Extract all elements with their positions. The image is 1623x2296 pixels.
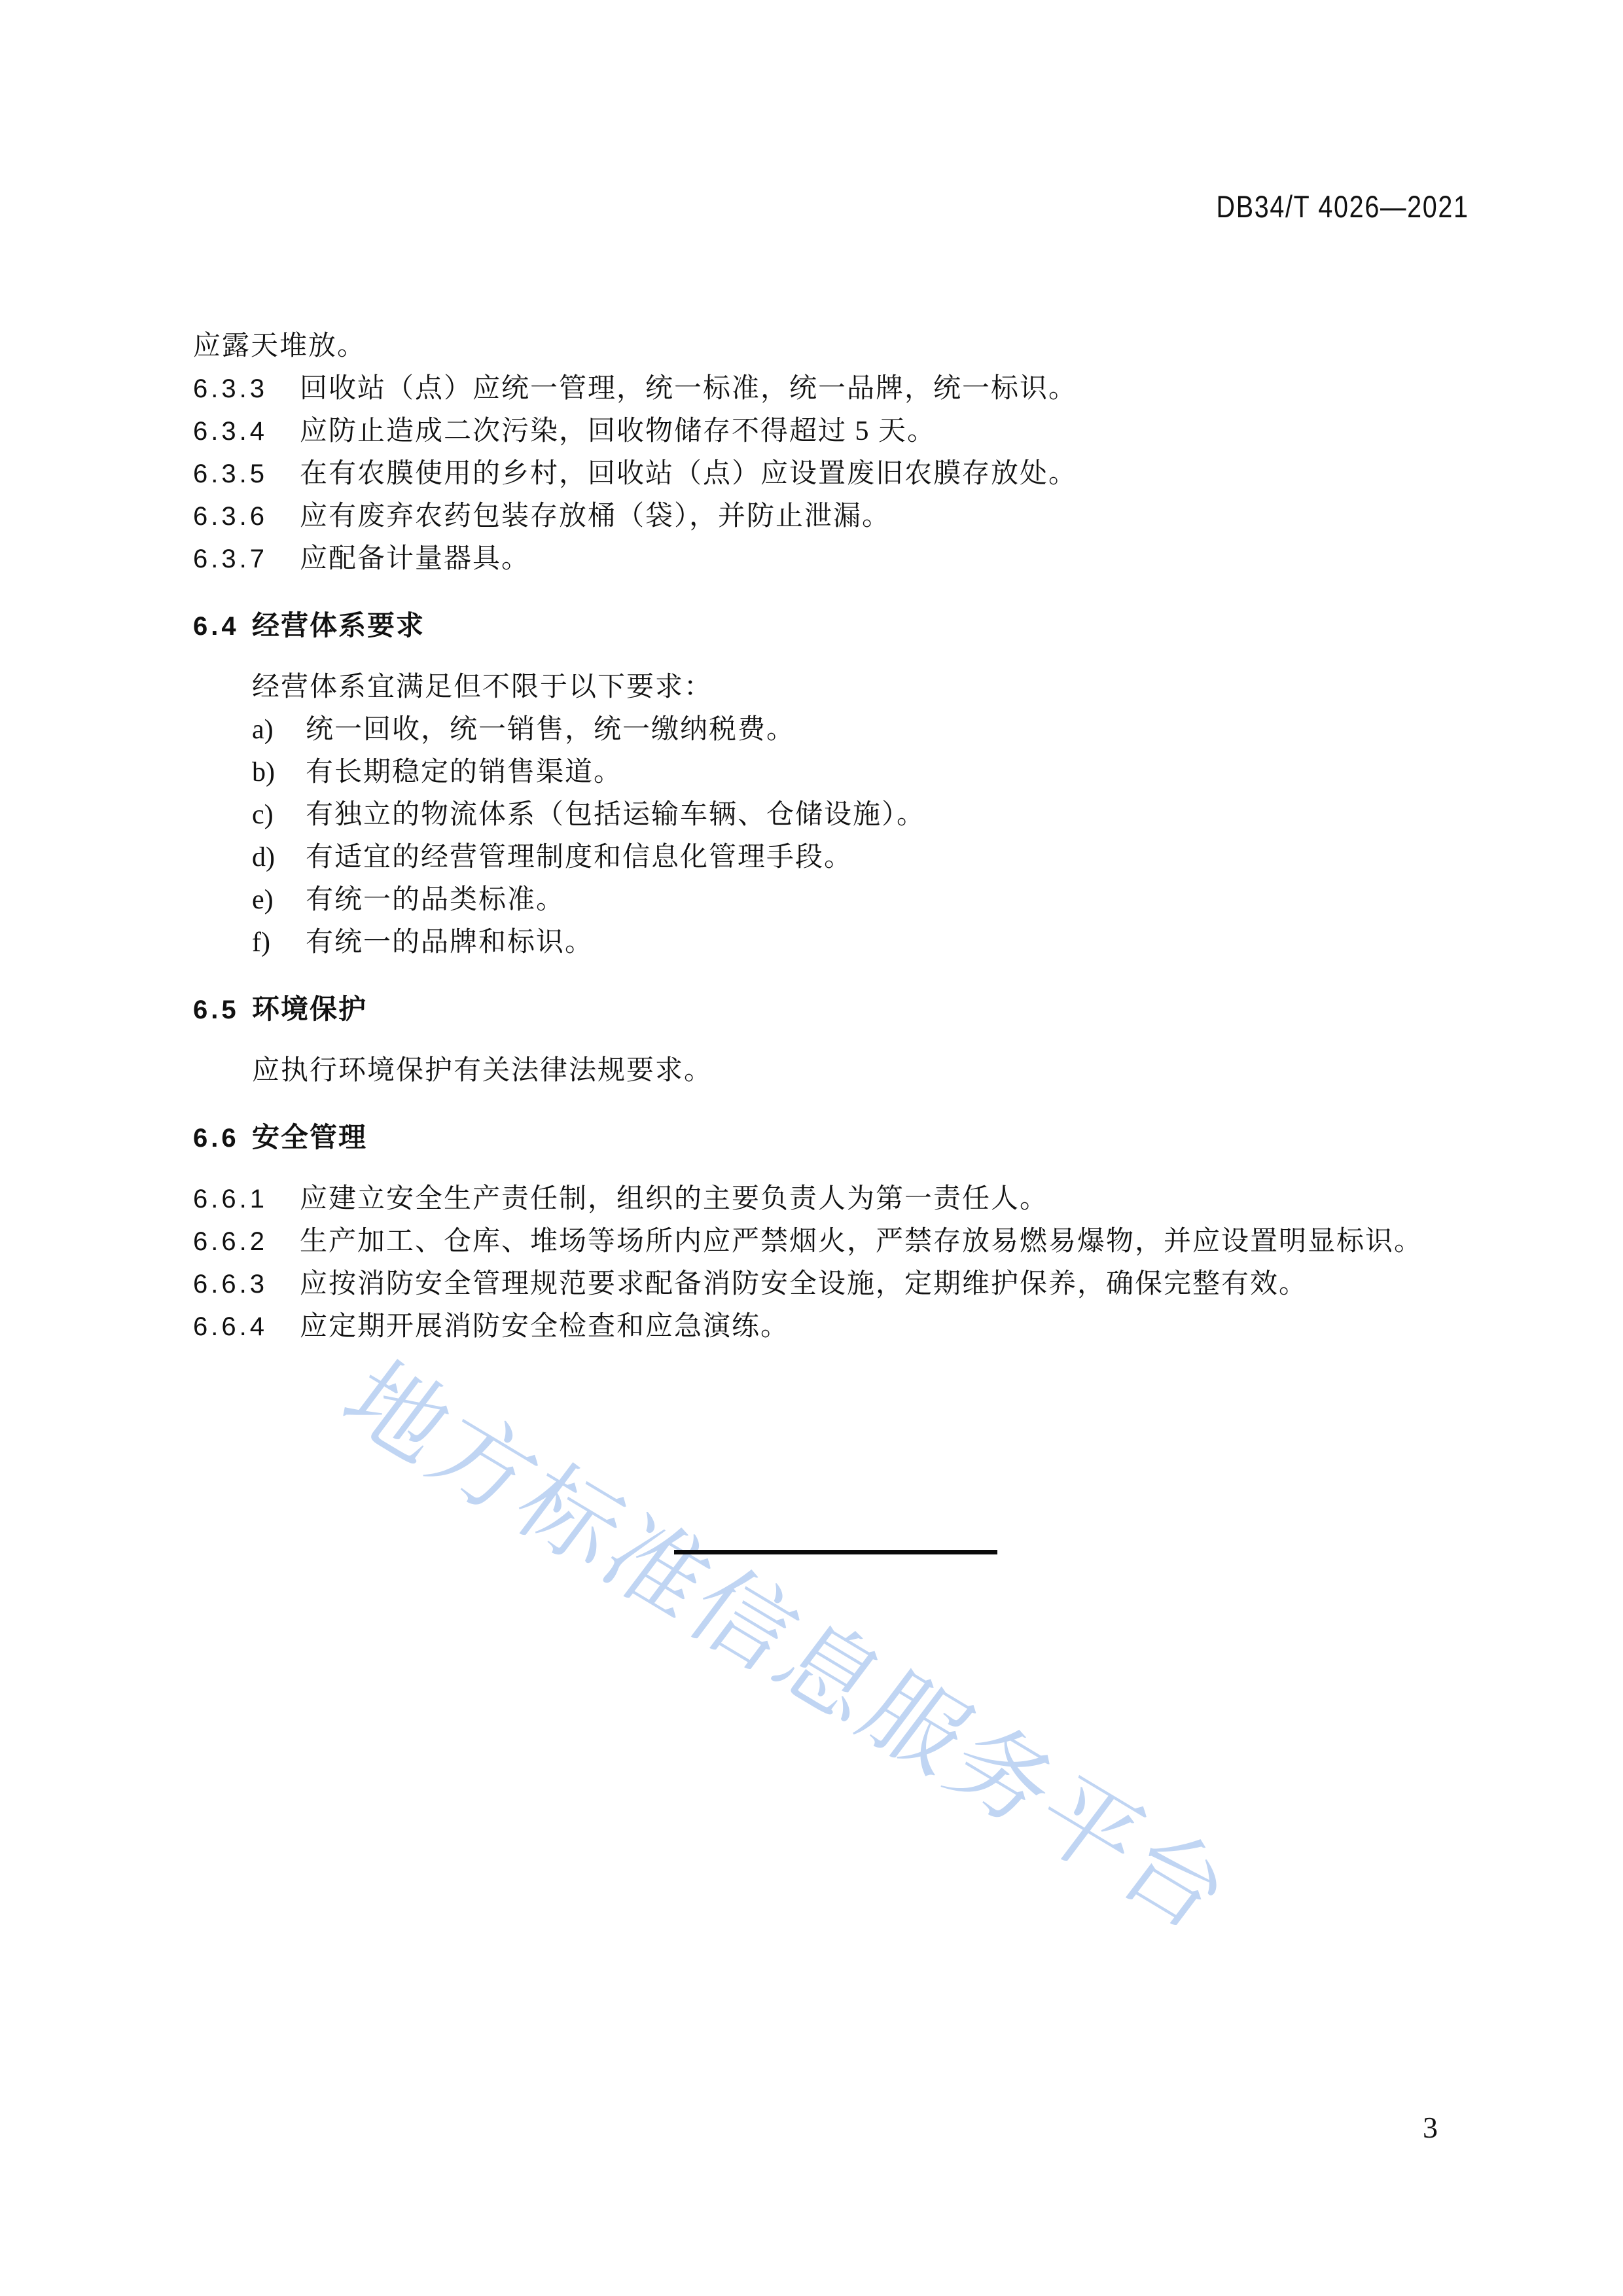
clause-text: 应有废弃农药包装存放桶（袋），并防止泄漏。 [300,501,891,531]
section-title: 环境保护 [252,994,367,1024]
list-item-f: f)有统一的品牌和标识。 [193,922,1431,964]
clause-number: 6.6.1 [193,1178,300,1221]
clause-6-6-4: 6.6.4应定期开展消防安全检查和应急演练。 [193,1306,1431,1348]
clause-6-6-2: 6.6.2生产加工、仓库、堆场等场所内应严禁烟火，严禁存放易燃易爆物，并应设置明… [193,1221,1431,1263]
clause-6-3-7: 6.3.7应配备计量器具。 [193,538,1431,581]
list-item-text: 有独立的物流体系（包括运输车辆、仓储设施）。 [306,800,925,830]
watermark-text: 地方标准信息服务平台 [319,1325,1266,1956]
list-item-text: 有适宜的经营管理制度和信息化管理手段。 [306,842,853,872]
clause-number: 6.6.3 [193,1263,300,1306]
clause-6-3-5: 6.3.5在有农膜使用的乡村，回收站（点）应设置废旧农膜存放处。 [193,453,1431,495]
section-heading-6-5: 6.5环境保护 [193,988,1431,1031]
clause-6-6-1: 6.6.1应建立安全生产责任制，组织的主要负责人为第一责任人。 [193,1178,1431,1221]
clause-number: 6.3.3 [193,368,300,410]
section-heading-6-4: 6.4经营体系要求 [193,604,1431,648]
list-item-label: d) [252,836,306,879]
list-item-a: a)统一回收，统一销售，统一缴纳税费。 [193,709,1431,751]
standard-code-label: DB34/T 4026—2021 [1217,188,1469,224]
list-item-text: 有统一的品牌和标识。 [306,927,594,958]
clause-number: 6.3.4 [193,410,300,453]
list-item-label: a) [252,709,306,751]
list-item-e: e)有统一的品类标准。 [193,879,1431,922]
clause-6-3-6: 6.3.6应有废弃农药包装存放桶（袋），并防止泄漏。 [193,495,1431,538]
list-item-label: c) [252,794,306,836]
document-content: 应露天堆放。 6.3.3回收站（点）应统一管理，统一标准，统一品牌，统一标识。 … [193,325,1431,1348]
section-heading-6-6: 6.6安全管理 [193,1116,1431,1160]
clause-6-3-4: 6.3.4应防止造成二次污染，回收物储存不得超过 5 天。 [193,410,1431,453]
clause-number: 6.3.5 [193,453,300,495]
list-item-label: b) [252,751,306,794]
list-item-text: 有长期稳定的销售渠道。 [306,757,622,787]
clause-text: 在有农膜使用的乡村，回收站（点）应设置废旧农膜存放处。 [300,459,1077,489]
list-item-b: b)有长期稳定的销售渠道。 [193,751,1431,794]
end-of-text-rule [674,1550,997,1554]
section-6-5-body: 应执行环境保护有关法律法规要求。 [193,1050,1431,1092]
page-number: 3 [1423,2110,1438,2145]
clause-number: 6.6.2 [193,1221,300,1263]
list-item-text: 有统一的品类标准。 [306,885,565,915]
section-number: 6.5 [193,989,252,1031]
clause-text: 应定期开展消防安全检查和应急演练。 [300,1312,789,1342]
section-number: 6.4 [193,605,252,648]
document-page: 地方标准信息服务平台 DB34/T 4026—2021 应露天堆放。 6.3.3… [0,0,1623,2296]
clause-number: 6.3.6 [193,495,300,538]
clause-text: 应按消防安全管理规范要求配备消防安全设施，定期维护保养，确保完整有效。 [300,1269,1308,1299]
clause-number: 6.6.4 [193,1306,300,1348]
list-item-text: 统一回收，统一销售，统一缴纳税费。 [306,715,795,745]
list-item-d: d)有适宜的经营管理制度和信息化管理手段。 [193,836,1431,879]
standard-code-header: DB34/T 4026—2021 [1168,188,1469,224]
list-item-label: e) [252,879,306,922]
clause-text: 生产加工、仓库、堆场等场所内应严禁烟火，严禁存放易燃易爆物，并应设置明显标识。 [300,1227,1423,1257]
clause-text: 应配备计量器具。 [300,544,530,574]
clause-text: 回收站（点）应统一管理，统一标准，统一品牌，统一标识。 [300,374,1077,404]
section-number: 6.6 [193,1117,252,1160]
clause-6-6-3: 6.6.3应按消防安全管理规范要求配备消防安全设施，定期维护保养，确保完整有效。 [193,1263,1431,1306]
list-item-label: f) [252,922,306,964]
clause-text: 应防止造成二次污染，回收物储存不得超过 5 天。 [300,416,936,446]
section-title: 经营体系要求 [252,610,425,641]
clause-number: 6.3.7 [193,538,300,581]
paragraph-continuation: 应露天堆放。 [193,325,1431,368]
clause-text: 应建立安全生产责任制，组织的主要负责人为第一责任人。 [300,1184,1048,1214]
section-title: 安全管理 [252,1122,367,1153]
clause-6-3-3: 6.3.3回收站（点）应统一管理，统一标准，统一品牌，统一标识。 [193,368,1431,410]
section-6-4-intro: 经营体系宜满足但不限于以下要求： [193,666,1431,709]
list-item-c: c)有独立的物流体系（包括运输车辆、仓储设施）。 [193,794,1431,836]
